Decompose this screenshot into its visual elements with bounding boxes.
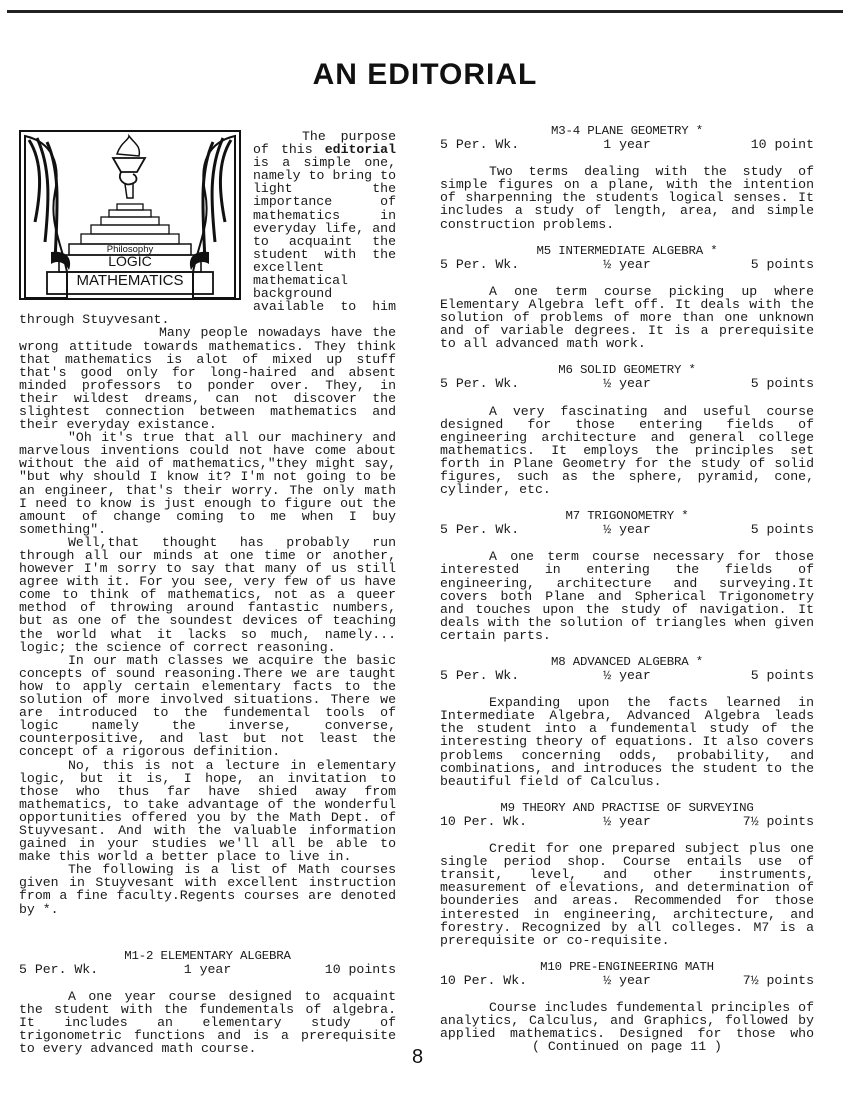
course-description: A one term course necessary for those in…: [440, 550, 814, 642]
course-title: M1-2 ELEMENTARY ALGEBRA: [19, 950, 396, 963]
course-periods: 5 Per. Wk.: [440, 669, 565, 682]
course-title: M9 THEORY AND PRACTISE OF SURVEYING: [440, 802, 814, 815]
course-duration: 1 year: [565, 138, 690, 151]
page-title: AN EDITORIAL: [0, 58, 850, 92]
illustration-label-mathematics: MATHEMATICS: [47, 274, 213, 287]
logic-mathematics-illustration: Philosophy LOGIC MATHEMATICS: [19, 130, 241, 300]
course-m1-2: M1-2 ELEMENTARY ALGEBRA 5 Per. Wk. 1 yea…: [19, 950, 396, 1056]
top-rule: [7, 10, 843, 13]
course-periods: 5 Per. Wk.: [440, 523, 565, 536]
course-description: Expanding upon the facts learned in Inte…: [440, 696, 814, 788]
course-credit: 5 points: [689, 669, 814, 682]
course-meta: 5 Per. Wk. ½ year 5 points: [440, 377, 814, 390]
course-duration: 1 year: [145, 963, 271, 976]
course-description: A one year course designed to acquaint t…: [19, 990, 396, 1055]
course-periods: 5 Per. Wk.: [440, 138, 565, 151]
editorial-paragraph-2: "Oh it's true that all our machinery and…: [19, 431, 396, 536]
course-credit: 5 points: [689, 523, 814, 536]
course-meta: 5 Per. Wk. ½ year 5 points: [440, 523, 814, 536]
course-credit: 10 point: [689, 138, 814, 151]
course-periods: 10 Per. Wk.: [440, 815, 565, 828]
illustration-label-logic: LOGIC: [59, 255, 201, 268]
course-m3-4: M3-4 PLANE GEOMETRY * 5 Per. Wk. 1 year …: [440, 125, 814, 231]
course-title: M5 INTERMEDIATE ALGEBRA *: [440, 245, 814, 258]
left-column: Philosophy LOGIC MATHEMATICS The purpose…: [19, 130, 396, 1055]
course-duration: ½ year: [565, 974, 690, 987]
course-m8: M8 ADVANCED ALGEBRA * 5 Per. Wk. ½ year …: [440, 656, 814, 788]
course-m10: M10 PRE-ENGINEERING MATH 10 Per. Wk. ½ y…: [440, 961, 814, 1040]
editorial-paragraph-4: In our math classes we acquire the basic…: [19, 654, 396, 759]
course-title: M10 PRE-ENGINEERING MATH: [440, 961, 814, 974]
course-periods: 10 Per. Wk.: [440, 974, 565, 987]
course-duration: ½ year: [565, 377, 690, 390]
course-description: A very fascinating and useful course des…: [440, 405, 814, 497]
course-meta: 5 Per. Wk. 1 year 10 point: [440, 138, 814, 151]
course-credit: 7½ points: [689, 974, 814, 987]
course-m9: M9 THEORY AND PRACTISE OF SURVEYING 10 P…: [440, 802, 814, 947]
editorial-paragraph-3: Well,that thought has probably run throu…: [19, 536, 396, 654]
course-meta: 5 Per. Wk. 1 year 10 points: [19, 963, 396, 976]
course-meta: 10 Per. Wk. ½ year 7½ points: [440, 815, 814, 828]
course-description: A one term course picking up where Eleme…: [440, 285, 814, 350]
right-column: M3-4 PLANE GEOMETRY * 5 Per. Wk. 1 year …: [440, 125, 814, 1053]
course-duration: ½ year: [565, 669, 690, 682]
course-duration: ½ year: [565, 815, 690, 828]
course-m6: M6 SOLID GEOMETRY * 5 Per. Wk. ½ year 5 …: [440, 364, 814, 496]
course-meta: 5 Per. Wk. ½ year 5 points: [440, 669, 814, 682]
page-number: 8: [412, 1046, 423, 1069]
course-description: Credit for one prepared subject plus one…: [440, 842, 814, 947]
course-periods: 5 Per. Wk.: [19, 963, 145, 976]
course-m7: M7 TRIGONOMETRY * 5 Per. Wk. ½ year 5 po…: [440, 510, 814, 642]
course-duration: ½ year: [565, 523, 690, 536]
editorial-paragraph-6: The following is a list of Math courses …: [19, 863, 396, 915]
course-meta: 10 Per. Wk. ½ year 7½ points: [440, 974, 814, 987]
editorial-paragraph-1: Many people nowadays have the wrong atti…: [19, 326, 396, 431]
course-periods: 5 Per. Wk.: [440, 377, 565, 390]
course-credit: 5 points: [689, 377, 814, 390]
course-description: Two terms dealing with the study of simp…: [440, 165, 814, 230]
continued-note: ( Continued on page 11 ): [440, 1040, 814, 1053]
editorial-paragraph-5: No, this is not a lecture in elementary …: [19, 759, 396, 864]
course-duration: ½ year: [565, 258, 690, 271]
course-description: Course includes fundemental principles o…: [440, 1001, 814, 1040]
course-meta: 5 Per. Wk. ½ year 5 points: [440, 258, 814, 271]
course-credit: 10 points: [270, 963, 396, 976]
course-credit: 5 points: [689, 258, 814, 271]
course-periods: 5 Per. Wk.: [440, 258, 565, 271]
course-m5: M5 INTERMEDIATE ALGEBRA * 5 Per. Wk. ½ y…: [440, 245, 814, 351]
course-credit: 7½ points: [689, 815, 814, 828]
